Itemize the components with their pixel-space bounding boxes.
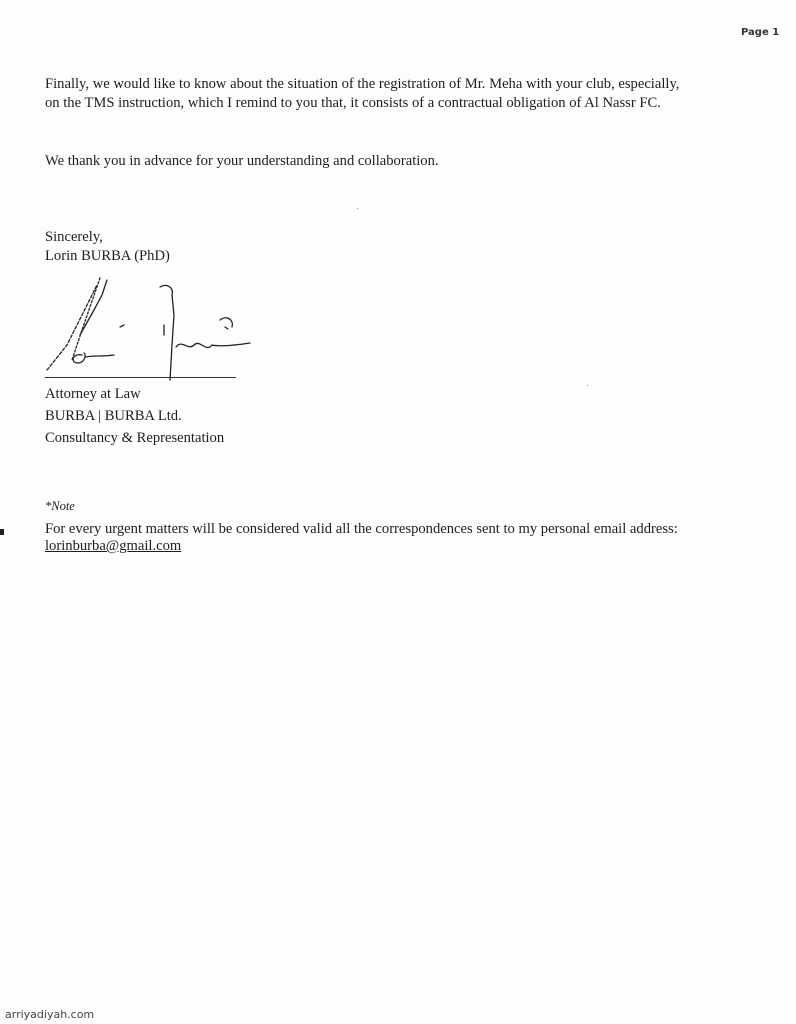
- note-label: *Note: [45, 497, 75, 516]
- email-link[interactable]: lorinburba@gmail.com: [45, 537, 181, 556]
- closing-salutation: Sincerely,: [45, 228, 170, 247]
- signatory-name: Lorin BURBA (PhD): [45, 247, 170, 266]
- handwritten-signature-icon: [42, 275, 257, 385]
- signatory-details: Attorney at Law BURBA | BURBA Ltd. Consu…: [45, 383, 224, 449]
- firm-name: BURBA | BURBA Ltd.: [45, 405, 224, 427]
- watermark: arriyadiyah.com: [5, 1008, 94, 1021]
- paragraph-registration: Finally, we would like to know about the…: [45, 75, 679, 113]
- page-number: Page 1: [741, 27, 779, 38]
- closing-block: Sincerely, Lorin BURBA (PhD): [45, 228, 170, 266]
- scan-mark: [0, 529, 4, 535]
- scan-speck: [587, 385, 588, 386]
- paragraph-line: We thank you in advance for your underst…: [45, 152, 439, 171]
- paragraph-line: on the TMS instruction, which I remind t…: [45, 94, 679, 113]
- firm-services: Consultancy & Representation: [45, 427, 224, 449]
- scan-speck: [357, 208, 358, 209]
- paragraph-thanks: We thank you in advance for your underst…: [45, 152, 439, 171]
- signatory-title: Attorney at Law: [45, 383, 224, 405]
- paragraph-line: Finally, we would like to know about the…: [45, 75, 679, 94]
- signature-line: [45, 377, 236, 378]
